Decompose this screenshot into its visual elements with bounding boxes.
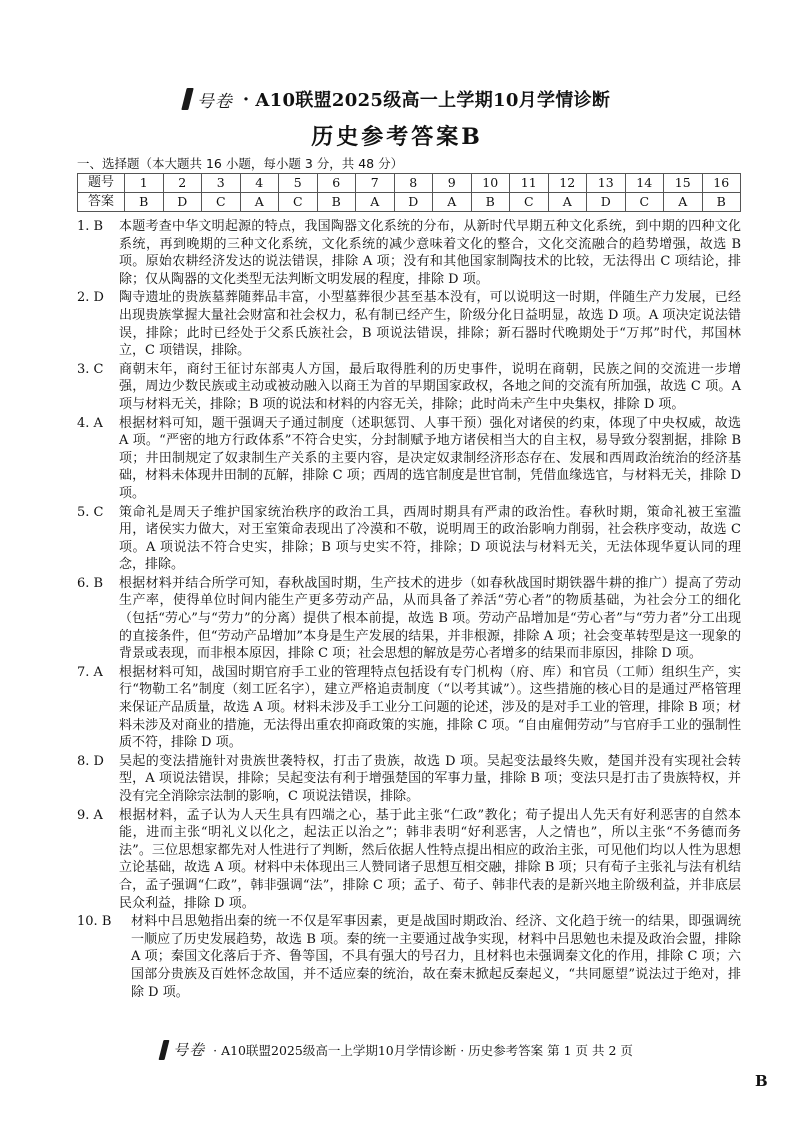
item-text: 根据材料可知，题干强调天子通过制度（述职惩罚、人事干预）强化对诸侯的约束，体现了… bbox=[119, 416, 741, 501]
row-label: 题号 bbox=[78, 174, 125, 193]
item-number: 7. A bbox=[77, 664, 119, 682]
footer-brand: 号卷 bbox=[161, 1039, 205, 1060]
page-title: 历史参考答案B bbox=[0, 120, 794, 151]
table-cell: 16 bbox=[702, 174, 741, 193]
explanation-item: 5. C 策命礼是周天子维护国家统治秩序的政治工具，西周时期具有严肃的政治性。春… bbox=[77, 504, 741, 574]
table-cell: D bbox=[587, 193, 626, 212]
row-label: 答案 bbox=[78, 193, 125, 212]
answer-row: 答案 B D C A C B A D A B C A D C A B bbox=[78, 193, 741, 212]
table-cell: C bbox=[279, 193, 318, 212]
item-number: 4. A bbox=[77, 415, 119, 433]
footer-text: · A10联盟2025级高一上学期10月学情诊断 · 历史参考答案 第 1 页 … bbox=[213, 1041, 633, 1059]
item-number: 10. B bbox=[77, 913, 131, 931]
answer-table: 题号 1 2 3 4 5 6 7 8 9 10 11 12 13 14 15 1… bbox=[77, 173, 741, 212]
exam-header: 号卷 · A10联盟2025级高一上学期10月学情诊断 bbox=[0, 86, 794, 112]
table-cell: 10 bbox=[471, 174, 510, 193]
table-cell: 13 bbox=[587, 174, 626, 193]
table-cell: 7 bbox=[356, 174, 395, 193]
item-number: 1. B bbox=[77, 218, 119, 236]
explanation-item: 9. A 根据材料，孟子认为人天生具有四端之心，基于此主张“仁政”教化；荀子提出… bbox=[77, 807, 741, 913]
explanation-item: 8. D 吴起的变法措施针对贵族世袭特权，打击了贵族，故选 D 项。吴起变法最终… bbox=[77, 753, 741, 806]
item-text: 本题考查中华文明起源的特点，我国陶器文化系统的分布，从新时代早期五种文化系统，到… bbox=[119, 219, 741, 287]
table-cell: B bbox=[471, 193, 510, 212]
table-cell: B bbox=[702, 193, 741, 212]
item-number: 6. B bbox=[77, 575, 119, 593]
version-mark: B bbox=[755, 1072, 768, 1090]
table-cell: A bbox=[240, 193, 279, 212]
explanation-item: 4. A 根据材料可知，题干强调天子通过制度（述职惩罚、人事干预）强化对诸侯的约… bbox=[77, 415, 741, 503]
table-cell: A bbox=[664, 193, 703, 212]
table-cell: 3 bbox=[202, 174, 241, 193]
table-cell: 4 bbox=[240, 174, 279, 193]
table-cell: 15 bbox=[664, 174, 703, 193]
table-cell: C bbox=[625, 193, 664, 212]
page-footer: 号卷 · A10联盟2025级高一上学期10月学情诊断 · 历史参考答案 第 1… bbox=[0, 1039, 794, 1060]
item-text: 吴起的变法措施针对贵族世袭特权，打击了贵族，故选 D 项。吴起变法最终失败，楚国… bbox=[119, 754, 741, 804]
item-text: 商朝末年，商纣王征讨东部夷人方国，最后取得胜利的历史事件，说明在商朝，民族之间的… bbox=[119, 362, 741, 412]
question-number-row: 题号 1 2 3 4 5 6 7 8 9 10 11 12 13 14 15 1… bbox=[78, 174, 741, 193]
item-text: 策命礼是周天子维护国家统治秩序的政治工具，西周时期具有严肃的政治性。春秋时期，策… bbox=[119, 505, 741, 573]
item-text: 根据材料并结合所学可知，春秋战国时期，生产技术的进步（如春秋战国时期铁器牛耕的推… bbox=[119, 576, 741, 661]
table-cell: A bbox=[433, 193, 472, 212]
explanation-item: 1. B 本题考查中华文明起源的特点，我国陶器文化系统的分布，从新时代早期五种文… bbox=[77, 218, 741, 288]
explanation-item: 6. B 根据材料并结合所学可知，春秋战国时期，生产技术的进步（如春秋战国时期铁… bbox=[77, 575, 741, 663]
explanation-list: 1. B 本题考查中华文明起源的特点，我国陶器文化系统的分布，从新时代早期五种文… bbox=[77, 218, 741, 1002]
table-cell: A bbox=[548, 193, 587, 212]
brush-logo-icon bbox=[159, 1040, 170, 1060]
table-cell: B bbox=[125, 193, 164, 212]
header-separator: · bbox=[243, 89, 250, 110]
item-number: 5. C bbox=[77, 504, 119, 522]
explanation-item: 3. C 商朝末年，商纣王征讨东部夷人方国，最后取得胜利的历史事件，说明在商朝，… bbox=[77, 361, 741, 414]
item-text: 陶寺遗址的贵族墓葬随葬品丰富，小型墓葬很少甚至基本没有，可以说明这一时期，伴随生… bbox=[119, 290, 741, 358]
brand-name: 号卷 bbox=[197, 87, 233, 112]
table-cell: 5 bbox=[279, 174, 318, 193]
explanation-item: 10. B 材料中吕思勉指出秦的统一不仅是军事因素，更是战国时期政治、经济、文化… bbox=[77, 913, 741, 1001]
explanation-item: 7. A 根据材料可知，战国时期官府手工业的管理特点包括设有专门机构（府、库）和… bbox=[77, 664, 741, 752]
table-cell: B bbox=[317, 193, 356, 212]
explanation-item: 2. D 陶寺遗址的贵族墓葬随葬品丰富，小型墓葬很少甚至基本没有，可以说明这一时… bbox=[77, 289, 741, 359]
table-cell: 8 bbox=[394, 174, 433, 193]
table-cell: D bbox=[394, 193, 433, 212]
table-cell: A bbox=[356, 193, 395, 212]
item-number: 9. A bbox=[77, 807, 119, 825]
table-cell: D bbox=[163, 193, 202, 212]
item-text: 根据材料可知，战国时期官府手工业的管理特点包括设有专门机构（府、库）和官员（工师… bbox=[119, 665, 741, 750]
table-cell: 2 bbox=[163, 174, 202, 193]
table-cell: 12 bbox=[548, 174, 587, 193]
item-number: 2. D bbox=[77, 289, 119, 307]
item-number: 3. C bbox=[77, 361, 119, 379]
section-heading: 一、选择题（本大题共 16 小题，每小题 3 分，共 48 分） bbox=[77, 154, 403, 172]
table-cell: 11 bbox=[510, 174, 549, 193]
brand-name: 号卷 bbox=[173, 1039, 205, 1060]
exam-title: A10联盟2025级高一上学期10月学情诊断 bbox=[255, 86, 610, 112]
item-text: 材料中吕思勉指出秦的统一不仅是军事因素，更是战国时期政治、经济、文化趋于统一的结… bbox=[131, 914, 741, 999]
table-cell: C bbox=[510, 193, 549, 212]
table-cell: 6 bbox=[317, 174, 356, 193]
table-cell: 9 bbox=[433, 174, 472, 193]
table-cell: C bbox=[202, 193, 241, 212]
brand-logo: 号卷 bbox=[184, 87, 233, 112]
brush-logo-icon bbox=[181, 88, 193, 110]
item-text: 根据材料，孟子认为人天生具有四端之心，基于此主张“仁政”教化；荀子提出人先天有好… bbox=[119, 808, 741, 911]
table-cell: 1 bbox=[125, 174, 164, 193]
table-cell: 14 bbox=[625, 174, 664, 193]
item-number: 8. D bbox=[77, 753, 119, 771]
